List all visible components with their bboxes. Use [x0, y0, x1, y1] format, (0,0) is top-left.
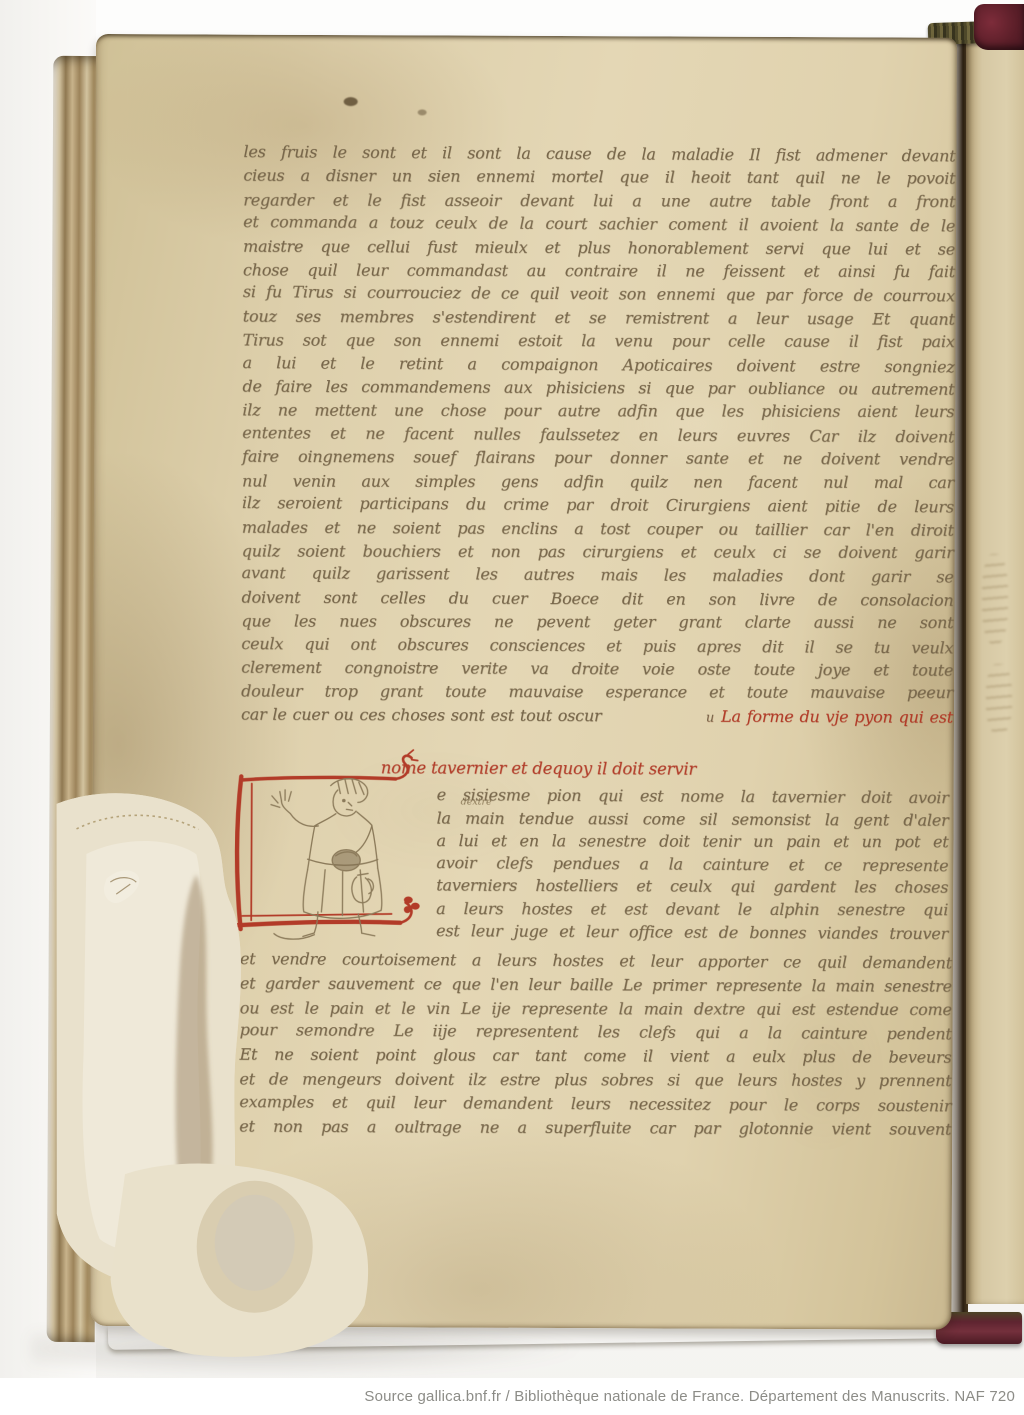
manuscript-text-line: pour semondre Le iije representent les c…: [240, 1018, 952, 1046]
initial-letter-drawing: [208, 746, 439, 947]
manuscript-text-line: Tirus sot que son ennemi estoit la venu …: [243, 329, 955, 354]
manuscript-text-line: a lui et le retint a compaignon Apoticai…: [242, 351, 954, 379]
manuscript-text-line: cieus a disner un sien ennemi mortel que…: [243, 164, 955, 191]
last-line-with-rubric: car le cuer ou ces choses sont est tout …: [241, 702, 953, 731]
manuscript-text-line: la main tendue aussi come sil semonsist …: [437, 807, 949, 832]
show-through-ink: [986, 664, 1012, 734]
shoulders: [315, 812, 372, 826]
manuscript-text-line: a leurs hostes et est devant le alphin s…: [436, 898, 948, 922]
manuscript-text-line: ou est le pain et le vin Le ije represen…: [240, 996, 952, 1021]
manuscript-text-line: est leur juge et leur office est de bonn…: [436, 920, 948, 946]
manuscript-text-line: nul venin aux simples gens adfin quilz n…: [242, 469, 954, 494]
handwritten-text-layer: les fruis le sont et il sont la cause de…: [90, 34, 957, 1330]
rubric-text: La forme du vje pyon qui est: [721, 706, 953, 726]
manuscript-text-line: et garder sauvement ce que l'en leur bai…: [240, 971, 952, 998]
manuscript-text-line: faire oingnemens souef flairans pour don…: [242, 445, 954, 472]
manuscript-text-line: avant quilz garissent les autres mais le…: [242, 561, 954, 589]
manuscript-text-line: de faire les commandemens aux phisiciens…: [242, 375, 954, 402]
facing-page-edge: [966, 24, 1024, 1304]
show-through-ink: [982, 554, 1008, 644]
rubric-line-1: uLa forme du vje pyon qui est: [706, 704, 953, 730]
manuscript-text-line: si fu Tirus si courrouciez de ce quil ve…: [243, 280, 955, 308]
manuscript-text-line: et non pas a oultrage ne a superfluite c…: [239, 1114, 951, 1141]
manuscript-text-line: touz ses membres s'estendirent et se rem…: [243, 304, 955, 331]
manuscript-text-line: taverniers hostelliers et ceulx qui gard…: [436, 875, 948, 900]
pleats: [321, 870, 363, 916]
text-block-beside-initial: e sisiesme pion qui est nome la tavernie…: [436, 784, 949, 944]
paragraph-mark: u: [706, 710, 714, 725]
text-block-lower: et vendre courtoisement a leurs hostes e…: [239, 948, 952, 1141]
manuscript-text-line: a lui et en la senestre doit tenir un pa…: [436, 830, 948, 854]
holding-arm: [356, 826, 372, 852]
raised-arm: [281, 801, 318, 826]
manuscript-text-line: et de mengeurs doivent ilz estre plus so…: [239, 1067, 951, 1092]
manuscript-text-line: et commanda a touz ceulx de la court sac…: [243, 210, 955, 238]
manuscript-text-line: quilz soient bouchiers et non pas cirurg…: [242, 539, 954, 564]
text-block-lower-lines: et vendre courtoisement a leurs hostes e…: [239, 948, 952, 1141]
gallica-manuscript-scan: les fruis le sont et il sont la cause de…: [0, 0, 1024, 1415]
manuscript-text-line: avoir clefs pendues a la cainture et ce …: [436, 852, 948, 878]
decorated-initial-L: [208, 746, 439, 947]
manuscript-text-line: ilz seroient participans du crime par dr…: [242, 491, 954, 519]
text-block-upper-lines: les fruis le sont et il sont la cause de…: [241, 141, 955, 706]
manuscript-text-line: ilz ne mettent une chose pour autre adfi…: [242, 399, 954, 424]
manuscript-text-line: que les nues obscures ne pevent geter gr…: [241, 610, 953, 635]
manuscript-text-line: et vendre courtoisement a leurs hostes e…: [240, 947, 952, 975]
manuscript-text-line: examples et quil leur demandent leurs ne…: [239, 1090, 951, 1118]
manuscript-text-line: maistre que cellui fust mieulx et plus h…: [243, 234, 955, 261]
manuscript-text-line: malades et ne soient pas enclins a tost …: [242, 515, 954, 542]
manuscript-text-line: car le cuer ou ces choses sont est tout …: [241, 702, 602, 727]
manuscript-text-line: Et ne soient point glous car tant come i…: [239, 1043, 951, 1070]
manuscript-text-line: ententes et ne facent nulles faulssetez …: [242, 421, 954, 449]
manuscript-text-line: e sisiesme pion qui est nome la tavernie…: [437, 784, 949, 810]
purse: [332, 850, 360, 871]
open-hand: [271, 790, 291, 808]
manuscript-text-line: douleur trop grant toute mauvaise espera…: [241, 680, 953, 705]
face: [333, 790, 356, 816]
manuscript-text-line: doivent sont celles du cuer Boece dit en…: [241, 585, 953, 612]
manuscript-text-line: les fruis le sont et il sont la cause de…: [243, 140, 955, 168]
gallica-attribution-bar: Source gallica.bnf.fr / Bibliothèque nat…: [0, 1378, 1024, 1415]
source-attribution-text: Source gallica.bnf.fr / Bibliothèque nat…: [364, 1388, 1015, 1405]
manuscript-text-line: regarder et le fist asseoir devant lui a…: [243, 188, 955, 213]
manuscript-page: les fruis le sont et il sont la cause de…: [90, 34, 957, 1330]
text-block-beside-initial-lines: e sisiesme pion qui est nome la tavernie…: [436, 784, 949, 944]
text-block-upper: les fruis le sont et il sont la cause de…: [241, 141, 956, 731]
manuscript-text-line: ceulx qui ont obscures consciences et pu…: [241, 632, 953, 660]
manuscript-text-line: clerement congnoistre verite va droite v…: [241, 656, 953, 683]
red-bookmark-edge: [974, 4, 1024, 50]
